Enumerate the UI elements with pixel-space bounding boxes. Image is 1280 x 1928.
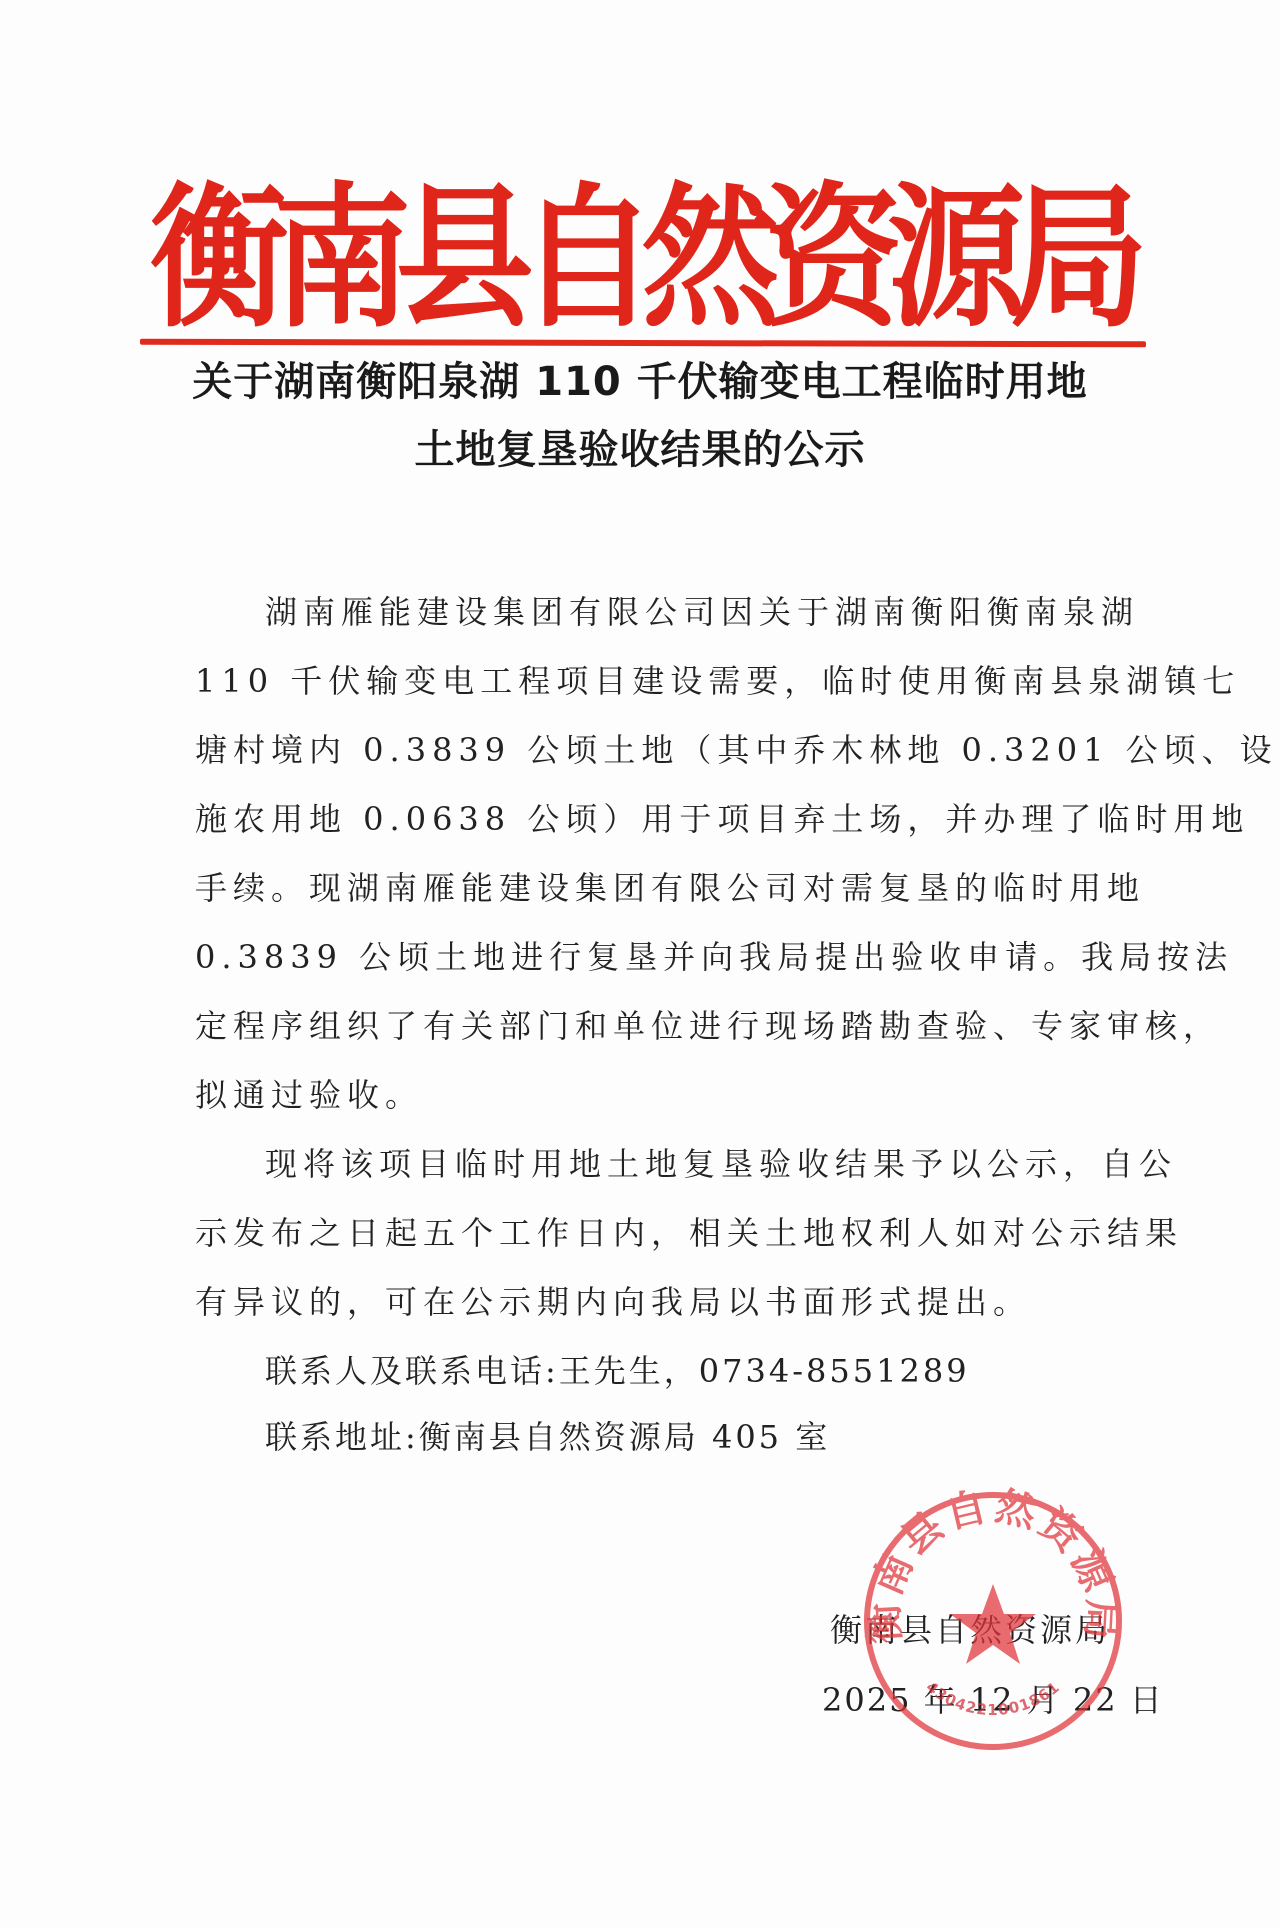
paragraph-2: 现将该项目临时用地土地复垦验收结果予以公示，自公 示发布之日起五个工作日内，相关… <box>195 1130 1115 1337</box>
body-line: 湖南雁能建设集团有限公司因关于湖南衡阳衡南泉湖 <box>195 578 1115 647</box>
header-char: 南 <box>273 168 393 347</box>
header-char: 源 <box>887 168 1007 347</box>
body-line: 有异议的，可在公示期内向我局以书面形式提出。 <box>195 1268 1115 1337</box>
contact-person-phone: 联系人及联系电话:王先生，0734-8551289 <box>195 1337 1115 1403</box>
body-line: 手续。现湖南雁能建设集团有限公司对需复垦的临时用地 <box>195 854 1115 923</box>
header-char: 局 <box>1010 168 1130 347</box>
header-char: 资 <box>764 168 884 347</box>
contact-address: 联系地址:衡南县自然资源局 405 室 <box>195 1403 1115 1469</box>
body-line: 110 千伏输变电工程项目建设需要，临时使用衡南县泉湖镇七 <box>195 647 1115 716</box>
body-line: 现将该项目临时用地土地复垦验收结果予以公示，自公 <box>195 1130 1115 1199</box>
document-title-line-2: 土地复垦验收结果的公示 <box>150 426 1130 474</box>
document-page: 衡 南 县 自 然 资 源 局 关于湖南衡阳泉湖 110 千伏输变电工程临时用地… <box>0 0 1280 1928</box>
signature-date: 2025 年 12 月 22 日 <box>822 1675 1164 1721</box>
body-line: 施农用地 0.0638 公顷）用于项目弃土场，并办理了临时用地 <box>195 785 1115 854</box>
paragraph-1: 湖南雁能建设集团有限公司因关于湖南衡阳衡南泉湖 110 千伏输变电工程项目建设需… <box>195 578 1115 1130</box>
signature-org: 衡南县自然资源局 <box>830 1605 1110 1651</box>
header-char: 然 <box>641 168 761 347</box>
header-char: 衡 <box>150 168 270 347</box>
body-line: 塘村境内 0.3839 公顷土地（其中乔木林地 0.3201 公顷、设 <box>195 716 1115 785</box>
body-line: 示发布之日起五个工作日内，相关土地权利人如对公示结果 <box>195 1199 1115 1268</box>
header-char: 自 <box>519 168 639 347</box>
body-line: 拟通过验收。 <box>195 1061 1115 1130</box>
document-body: 湖南雁能建设集团有限公司因关于湖南衡阳衡南泉湖 110 千伏输变电工程项目建设需… <box>195 578 1115 1469</box>
header-char: 县 <box>396 168 516 347</box>
body-line: 0.3839 公顷土地进行复垦并向我局提出验收申请。我局按法 <box>195 923 1115 992</box>
body-line: 定程序组织了有关部门和单位进行现场踏勘查验、专家审核， <box>195 992 1115 1061</box>
issuing-authority-header: 衡 南 县 自 然 资 源 局 <box>150 168 1130 347</box>
document-title-line-1: 关于湖南衡阳泉湖 110 千伏输变电工程临时用地 <box>150 358 1130 406</box>
